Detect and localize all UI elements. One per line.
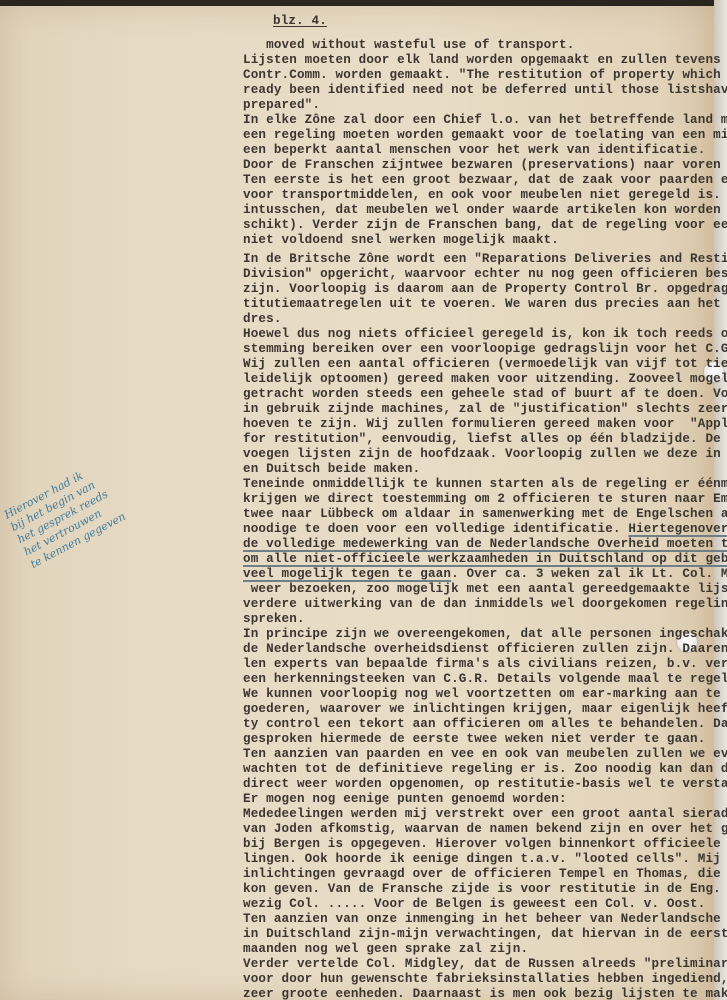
text-line: len experts van bepaalde firma's als civ…: [243, 657, 727, 672]
text-line: In elke Zône zal door een Chief l.o. van…: [243, 113, 727, 128]
text-line: weer bezoeken, zoo mogelijk met een aant…: [243, 582, 727, 597]
text-line: inlichtingen gevraagd over de officieren…: [243, 867, 727, 882]
text-line: getracht worden steeds een geheele stad …: [243, 387, 727, 402]
text-line: voor door hun gewenschte fabrieksinstall…: [243, 972, 727, 987]
text-line: in Duitschland zijn-mijn verwachtingen, …: [243, 927, 727, 942]
text-line: for restitution", eenvoudig, liefst alle…: [243, 432, 727, 447]
text-line: dres.: [243, 312, 282, 327]
text-line: Er mogen nog eenige punten genoemd worde…: [243, 792, 567, 807]
text-line: gesproken hiermede de eerste twee weken …: [243, 732, 705, 747]
text-line: zijn. Voorloopig is daarom aan de Proper…: [243, 282, 727, 297]
text-line: titutiemaatregelen uit te voeren. We war…: [243, 297, 727, 312]
text-line: een beperkt aantal menschen voor het wer…: [243, 143, 705, 158]
text-line: Contr.Comm. worden gemaakt. "The restitu…: [243, 68, 727, 83]
underlined-text: veel mogelijk tegen te gaan: [243, 567, 451, 581]
text-line: een herkenningsteeken van C.G.R. Details…: [243, 672, 727, 687]
text-line: om alle niet-officieele werkzaamheden in…: [243, 552, 727, 567]
text-line: intusschen, dat meubelen wel onder waard…: [243, 203, 727, 218]
text-line: van Joden afkomstig, waarvan de namen be…: [243, 822, 727, 837]
text-line: Verder vertelde Col. Midgley, dat de Rus…: [243, 957, 727, 972]
text-line: Hoewel dus nog niets officieel geregeld …: [243, 327, 727, 342]
text-line: Division" opgericht, waarvoor echter nu …: [243, 267, 727, 282]
text-line: wezig Col. ..... Voor de Belgen is gewee…: [243, 897, 705, 912]
text-line: zeer groote eenheden. Daarnaast is men o…: [243, 987, 727, 1000]
text-line: niet voldoend snel werken mogelijk maakt…: [243, 233, 559, 248]
text-line: krijgen we direct toestemming om 2 offic…: [243, 492, 727, 507]
text-line: ready been identified need not be deferr…: [243, 83, 727, 98]
text-line: maanden nog wel geen sprake zal zijn.: [243, 942, 528, 957]
text-line: We kunnen voorloopig nog wel voortzetten…: [243, 687, 727, 702]
text-line: leidelijk optoomen) gereed maken voor ui…: [243, 372, 727, 387]
text-line: In principe zijn we overeengekomen, dat …: [243, 627, 727, 642]
text-line: de volledige medewerking van de Nederlan…: [243, 537, 727, 552]
text-line: Lijsten moeten door elk land worden opge…: [243, 53, 727, 68]
text-line: prepared".: [243, 98, 320, 113]
text-line: Door de Franschen zijntwee bezwaren (pre…: [243, 158, 727, 173]
text-line: verdere uitwerking van de dan inmiddels …: [243, 597, 727, 612]
text-line: direct weer worden opgenomen, op restitu…: [243, 777, 727, 792]
text-line: In de Britsche Zône wordt een "Reparatio…: [243, 252, 727, 267]
text-line: veel mogelijk tegen te gaan. Over ca. 3 …: [243, 567, 727, 582]
underlined-text: om alle niet-officieele werkzaamheden in…: [243, 552, 727, 566]
text-line: Ten aanzien van paarden en vee en ook va…: [243, 747, 727, 762]
text-line: een regeling moeten worden gemaakt voor …: [243, 128, 727, 143]
text-line: in gebruik zijnde machines, zal de "just…: [243, 402, 727, 417]
text-line: noodige te doen voor een volledige ident…: [243, 522, 727, 537]
text-line: spreken.: [243, 612, 305, 627]
text-line: voor transportmiddelen, en ook voor meub…: [243, 188, 727, 203]
text-line: moved without wasteful use of transport.: [243, 38, 574, 53]
text-line: Mededeelingen werden mij verstrekt over …: [243, 807, 727, 822]
text-line: lingen. Ook hoorde ik eenige dingen t.a.…: [243, 852, 727, 867]
text-line: kon geven. Van de Fransche zijde is voor…: [243, 882, 727, 897]
text-line: de Nederlandsche overheidsdienst officie…: [243, 642, 727, 657]
text-line: goederen, waarover we inlichtingen krijg…: [243, 702, 727, 717]
text-line: stemming bereiken over een voorloopige g…: [243, 342, 727, 357]
text-line: bij Bergen is opgegeven. Hierover volgen…: [243, 837, 727, 852]
text-line: wachten tot de definitieve regeling er i…: [243, 762, 727, 777]
text-line: Wij zullen een aantal officieren (vermoe…: [243, 357, 727, 372]
underlined-text: Hiertegenover heb ik: [628, 522, 727, 536]
text-line: ty control een tekort aan officieren om …: [243, 717, 727, 732]
text-line: Ten aanzien van onze inmenging in het be…: [243, 912, 727, 927]
text-line: en Duitsch beide maken.: [243, 462, 420, 477]
text-line: Teneinde onmiddellijk te kunnen starten …: [243, 477, 727, 492]
text-line: voegen lijsten zijn de hoofdzaak. Voorlo…: [243, 447, 727, 462]
text-line: twee naar Lübbeck om aldaar in samenwerk…: [243, 507, 727, 522]
page-number: blz. 4.: [273, 14, 327, 28]
text-line: schikt). Verder zijn de Franschen bang, …: [243, 218, 727, 233]
text-line: hoeven te zijn. Wij zullen formulieren g…: [243, 417, 727, 432]
underlined-text: de volledige medewerking van de Nederlan…: [243, 537, 727, 551]
text-line: Ten eerste is het een groot bezwaar, dat…: [243, 173, 727, 188]
